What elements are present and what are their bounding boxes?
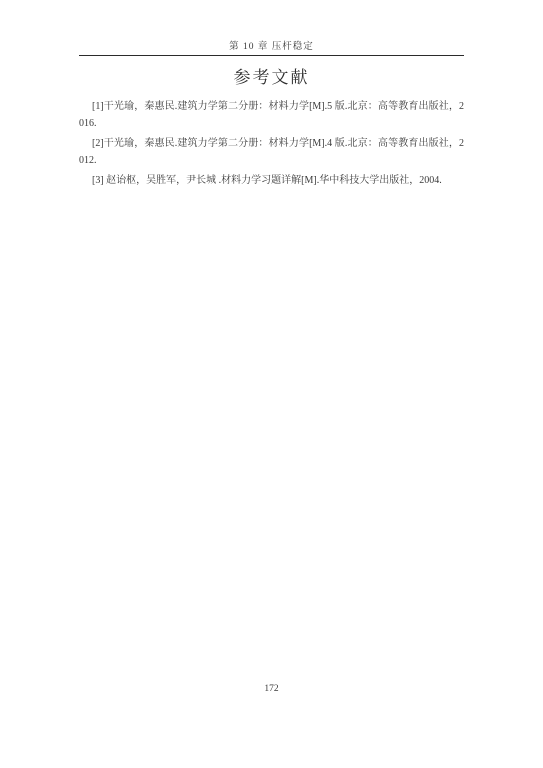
page-title: 参考文献 <box>0 63 543 88</box>
reference-entry-2: [2]干光瑜，秦惠民.建筑力学第二分册：材料力学[M].4 版.北京：高等教育出… <box>79 136 464 169</box>
page-number: 172 <box>0 684 543 694</box>
reference-entry-1: [1]干光瑜，秦惠民.建筑力学第二分册：材料力学[M].5 版.北京：高等教育出… <box>79 99 464 132</box>
running-header: 第 10 章 压杆稳定 <box>0 38 543 52</box>
header-rule-divider <box>79 55 464 56</box>
document-page: 第 10 章 压杆稳定 参考文献 [1]干光瑜，秦惠民.建筑力学第二分册：材料力… <box>0 0 543 768</box>
reference-entry-3: [3] 赵诒枢，吴胜军，尹长城 .材料力学习题详解[M].华中科技大学出版社，2… <box>79 173 464 190</box>
reference-list: [1]干光瑜，秦惠民.建筑力学第二分册：材料力学[M].5 版.北京：高等教育出… <box>79 99 464 194</box>
